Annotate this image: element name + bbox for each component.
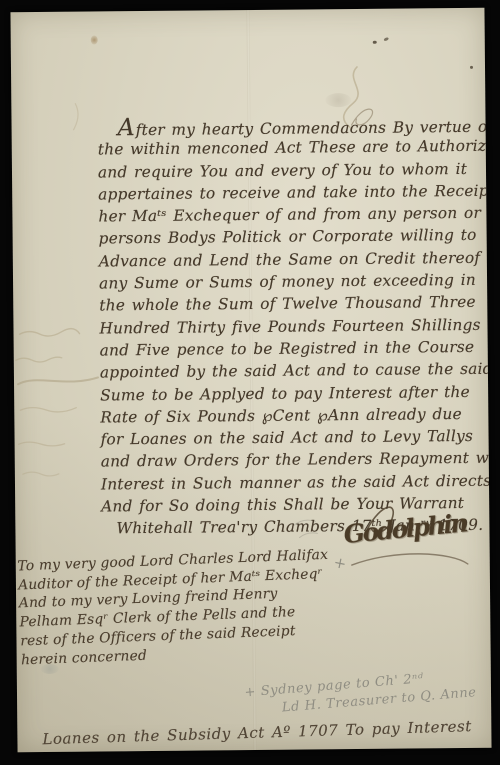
letter-line: and draw Orders for the Lenders Repaymen… — [101, 447, 483, 473]
ink-speck — [373, 41, 377, 44]
ink-speck — [470, 66, 473, 69]
manuscript-sheet: After my hearty Commendacons By vertue o… — [10, 8, 491, 753]
ink-stain — [91, 35, 98, 44]
letter-line: appointed by the said Act and to cause t… — [100, 358, 482, 384]
letter-line: the within menconed Act These are to Aut… — [98, 135, 480, 161]
letter-line: the whole the Sum of Twelve Thousand Thr… — [99, 291, 481, 317]
letter-body: After my hearty Commendacons By vertue o… — [97, 113, 483, 540]
document-photograph: After my hearty Commendacons By vertue o… — [0, 0, 500, 765]
address-block: To my very good Lord Charles Lord Halifa… — [17, 546, 321, 669]
